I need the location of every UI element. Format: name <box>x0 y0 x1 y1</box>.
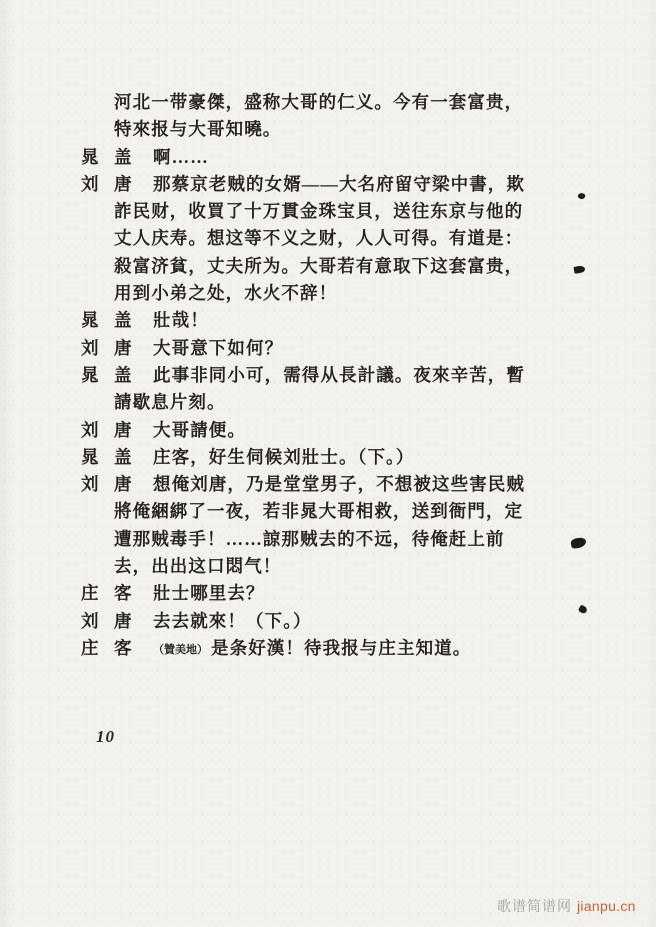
dialogue-text: 用到小弟之处，水火不辞！ <box>114 280 337 307</box>
dialogue-text: 殺富济貧，丈夫所为。大哥若有意取下这套富贵， <box>114 253 523 280</box>
watermark-site-name: 歌谱简谱网 <box>497 898 572 914</box>
dialogue-text: 大哥意下如何？ <box>153 335 283 362</box>
speaker-name-first-char: 刘 <box>81 471 100 498</box>
dialogue-text: 將俺綑綁了一夜，若非晁大哥相救，送到衙門，定 <box>114 498 523 525</box>
speaker-name-first-char: 庄 <box>81 580 100 607</box>
script-line: 特來报与大哥知曉。 <box>0 116 656 143</box>
dialogue-text: 想俺刘唐，乃是堂堂男子，不想被这些害民贼 <box>153 471 525 498</box>
script-line: 庄客（贊美地）是条好漢！待我报与庄主知道。 <box>0 635 656 662</box>
speaker-name-first-char: 刘 <box>81 417 100 444</box>
speaker-name-second-char: 唐 <box>114 335 133 362</box>
speaker-name-second-char: 盖 <box>114 307 133 334</box>
speaker-name-second-char: 客 <box>114 580 133 607</box>
dialogue-text: 啊…… <box>153 144 209 171</box>
dialogue-text: 詐民财，收買了十万貫金珠宝貝，送往东京与他的 <box>114 198 523 225</box>
script-line: 刘唐想俺刘唐，乃是堂堂男子，不想被这些害民贼 <box>0 471 656 498</box>
dialogue-text: （贊美地）是条好漢！待我报与庄主知道。 <box>153 635 471 665</box>
script-line: 丈人庆寿。想这等不义之财，人人可得。有道是： <box>0 225 656 252</box>
script-line: 刘唐大哥意下如何？ <box>0 335 656 362</box>
script-line: 將俺綑綁了一夜，若非晁大哥相救，送到衙門，定 <box>0 498 656 525</box>
script-line: 遭那贼毒手！……諒那贼去的不远，待俺赶上前 <box>0 526 656 553</box>
script-line: 河北一带豪傑，盛称大哥的仁义。今有一套富贵， <box>0 89 656 116</box>
page-number: 10 <box>96 727 115 747</box>
script-line: 晁盖啊…… <box>0 144 656 171</box>
dialogue-text: 此事非同小可，需得从長計議。夜來辛苦，暫 <box>153 362 525 389</box>
script-line: 用到小弟之处，水火不辞！ <box>0 280 656 307</box>
script-line: 殺富济貧，丈夫所为。大哥若有意取下这套富贵， <box>0 253 656 280</box>
dialogue-text: 庄客，好生伺候刘壯士。（下。） <box>153 444 415 471</box>
speaker-name-first-char: 晁 <box>81 307 100 334</box>
speaker-name-second-char: 盖 <box>114 144 133 171</box>
speaker-name-second-char: 客 <box>114 635 133 662</box>
speaker-name-first-char: 庄 <box>81 635 100 662</box>
speaker-name-second-char: 盖 <box>114 362 133 389</box>
script-line: 請歇息片刻。 <box>0 389 656 416</box>
speaker-name-second-char: 唐 <box>114 417 133 444</box>
speaker-name-second-char: 唐 <box>114 171 133 198</box>
dialogue-text: 去去就來！（下。） <box>153 608 312 635</box>
speaker-name-first-char: 刘 <box>81 171 100 198</box>
dialogue-text: 請歇息片刻。 <box>114 389 226 416</box>
dialogue-text: 去，出出这口悶气！ <box>114 553 281 580</box>
dialogue-text: 河北一带豪傑，盛称大哥的仁义。今有一套富贵， <box>114 89 523 116</box>
speaker-name-first-char: 晁 <box>81 362 100 389</box>
dialogue-text: 丈人庆寿。想这等不义之财，人人可得。有道是： <box>114 225 523 252</box>
dialogue-text: 大哥請便。 <box>153 417 246 444</box>
script-line: 詐民财，收買了十万貫金珠宝貝，送往东京与他的 <box>0 198 656 225</box>
stage-direction: （贊美地） <box>153 644 208 656</box>
script-text: 河北一带豪傑，盛称大哥的仁义。今有一套富贵，特來报与大哥知曉。晁盖啊……刘唐那蔡… <box>0 89 656 662</box>
script-line: 刘唐去去就來！（下。） <box>0 608 656 635</box>
script-line: 晁盖壯哉！ <box>0 307 656 334</box>
watermark: 歌谱简谱网jianpu.cn <box>497 897 636 915</box>
script-line: 庄客壯士哪里去？ <box>0 580 656 607</box>
speaker-name-second-char: 盖 <box>114 444 133 471</box>
dialogue-text: 遭那贼毒手！……諒那贼去的不远，待俺赶上前 <box>114 526 505 553</box>
speaker-name-first-char: 刘 <box>81 335 100 362</box>
script-line: 晁盖庄客，好生伺候刘壯士。（下。） <box>0 444 656 471</box>
script-line: 去，出出这口悶气！ <box>0 553 656 580</box>
script-line: 晁盖此事非同小可，需得从長計議。夜來辛苦，暫 <box>0 362 656 389</box>
watermark-url[interactable]: jianpu.cn <box>577 898 636 914</box>
speaker-name-first-char: 晁 <box>81 444 100 471</box>
book-page: 河北一带豪傑，盛称大哥的仁义。今有一套富贵，特來报与大哥知曉。晁盖啊……刘唐那蔡… <box>0 0 656 927</box>
dialogue-text: 特來报与大哥知曉。 <box>114 116 281 143</box>
script-line: 刘唐那蔡京老贼的女婿——大名府留守梁中書，欺 <box>0 171 656 198</box>
speaker-name-second-char: 唐 <box>114 608 133 635</box>
dialogue-text: 壯士哪里去？ <box>153 580 265 607</box>
speaker-name-first-char: 刘 <box>81 608 100 635</box>
speaker-name-second-char: 唐 <box>114 471 133 498</box>
script-line: 刘唐大哥請便。 <box>0 417 656 444</box>
speaker-name-first-char: 晁 <box>81 144 100 171</box>
dialogue-text: 那蔡京老贼的女婿——大名府留守梁中書，欺 <box>153 171 525 198</box>
dialogue-text: 壯哉！ <box>153 307 209 334</box>
